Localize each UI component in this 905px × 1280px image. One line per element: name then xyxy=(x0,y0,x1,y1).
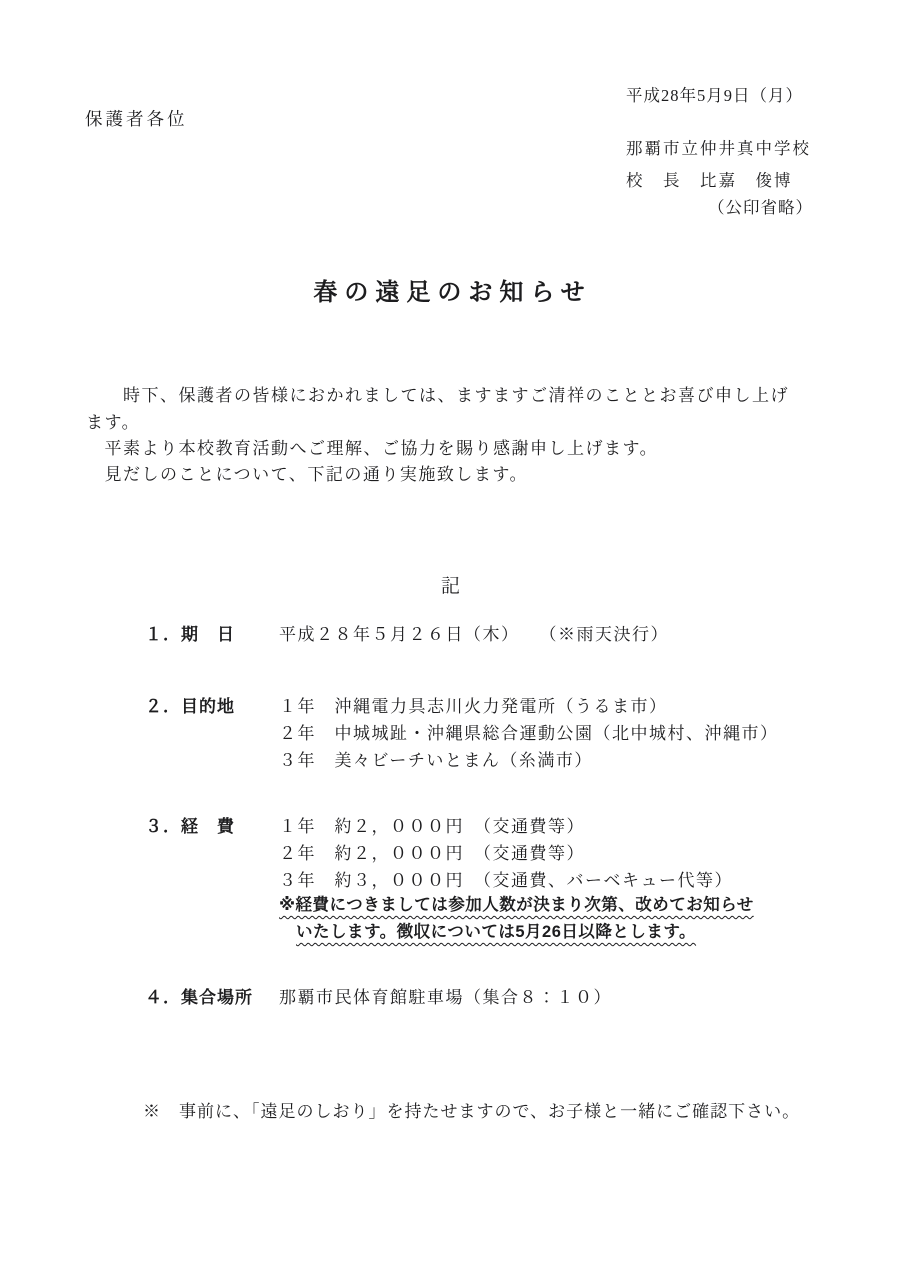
document-title: 春の遠足のお知らせ xyxy=(0,272,905,307)
greeting-line: 見だしのことについて、下記の通り実施致します。 xyxy=(86,460,528,485)
document-page: 平成28年5月9日（月） 保護者各位 那覇市立仲井真中学校 校 長 比嘉 俊博 … xyxy=(0,0,905,1280)
item-line: １年 約２，０００円 （交通費等） xyxy=(279,812,585,837)
record-marker: 記 xyxy=(0,571,905,598)
sender-principal-name: 校 長 比嘉 俊博 xyxy=(626,167,793,191)
footer-note: ※ 事前に、「遠足のしおり」を持たせますので、お子様と一緒にご確認下さい。 xyxy=(143,1097,800,1122)
item-line: ３年 約３，０００円 （交通費、バーベキュー代等） xyxy=(279,866,733,891)
item-line: ３年 美々ビーチいとまん（糸満市） xyxy=(279,746,593,771)
item-label-destination: ２．目的地 xyxy=(145,692,235,717)
item-label-expense: ３．経 費 xyxy=(145,812,235,837)
expense-note-line: いたします。徴収については5月26日以降とします。 xyxy=(296,918,696,942)
item-line: 平成２８年５月２６日（木） （※雨天決行） xyxy=(279,620,669,645)
item-line: 那覇市民体育館駐車場（集合８：１０） xyxy=(279,983,612,1008)
recipient-line: 保護者各位 xyxy=(85,106,188,131)
expense-note-line: ※経費につきましては参加人数が決まり次第、改めてお知らせ xyxy=(279,891,754,915)
greeting-line: 時下、保護者の皆様におかれましては、ますますご清祥のこととお喜び申し上げ xyxy=(86,381,789,406)
item-label-meeting-place: ４．集合場所 xyxy=(145,983,253,1008)
document-date: 平成28年5月9日（月） xyxy=(626,82,803,106)
item-line: １年 沖縄電力具志川火力発電所（うるま市） xyxy=(279,692,668,717)
greeting-line: 平素より本校教育活動へご理解、ご協力を賜り感謝申し上げます。 xyxy=(86,434,658,459)
seal-omitted-note: （公印省略） xyxy=(708,194,813,218)
sender-school-name: 那覇市立仲井真中学校 xyxy=(626,135,811,159)
item-line: ２年 約２，０００円 （交通費等） xyxy=(279,839,585,864)
item-label-date: １．期 日 xyxy=(145,620,235,645)
greeting-line: ます。 xyxy=(86,408,140,433)
item-line: ２年 中城城趾・沖縄県総合運動公園（北中城村、沖縄市） xyxy=(279,719,779,744)
